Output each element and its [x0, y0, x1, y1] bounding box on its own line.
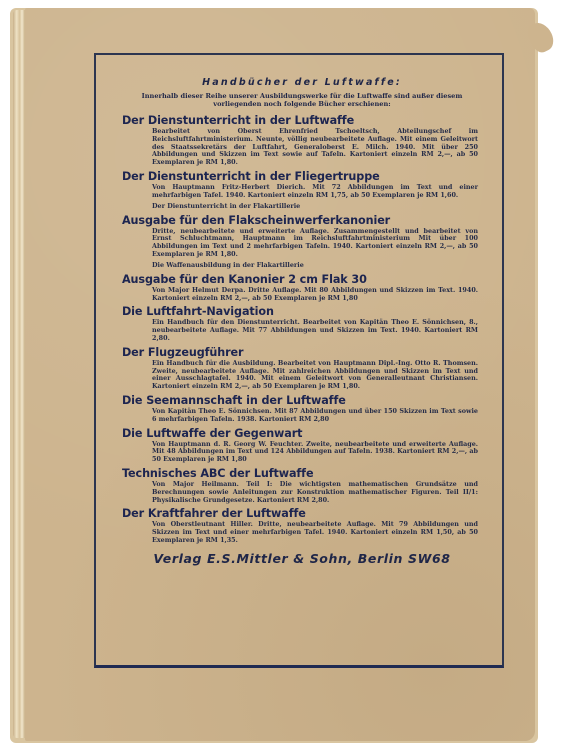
book-description: Von Major Heilmann. Teil I: Die wichtigs…: [122, 481, 482, 504]
book-title: Der Dienstunterricht in der Luftwaffe: [122, 114, 482, 128]
book-description: Von Kapitän Theo E. Sönnichsen. Mit 87 A…: [122, 408, 482, 424]
book-title: Der Kraftfahrer der Luftwaffe: [122, 507, 482, 521]
section-subtitle: Der Dienstunterricht in der Flakartiller…: [122, 202, 482, 211]
series-title: Handbücher der Luftwaffe:: [122, 77, 482, 88]
book-title: Technisches ABC der Luftwaffe: [122, 467, 482, 481]
book-list: Der Dienstunterricht in der LuftwaffeBea…: [122, 114, 482, 545]
book-title: Die Seemannschaft in der Luftwaffe: [122, 394, 482, 408]
section-subtitle: Die Waffenausbildung in der Flakartiller…: [122, 261, 482, 270]
advertisement-frame: Handbücher der Luftwaffe: Innerhalb dies…: [94, 53, 504, 668]
book-entry: Die Luftwaffe der GegenwartVon Hauptmann…: [122, 427, 482, 464]
book-entry: Der Kraftfahrer der LuftwaffeVon Oberstl…: [122, 507, 482, 544]
book-title: Die Luftwaffe der Gegenwart: [122, 427, 482, 441]
book-entry: Der FlugzeugführerEin Handbuch für die A…: [122, 346, 482, 391]
book-title: Die Luftfahrt-Navigation: [122, 305, 482, 319]
book-description: Ein Handbuch für die Ausbildung. Bearbei…: [122, 360, 482, 391]
book-description: Von Hauptmann d. R. Georg W. Feuchter. Z…: [122, 441, 482, 464]
book-description: Von Hauptmann Fritz-Herbert Dierich. Mit…: [122, 184, 482, 200]
book-entry: Die Seemannschaft in der LuftwaffeVon Ka…: [122, 394, 482, 424]
book-title: Der Flugzeugführer: [122, 346, 482, 360]
book-entry: Ausgabe für den Kanonier 2 cm Flak 30Von…: [122, 273, 482, 303]
book-title: Ausgabe für den Flakscheinwerferkanonier: [122, 214, 482, 228]
book-entry: Ausgabe für den Flakscheinwerferkanonier…: [122, 214, 482, 270]
book-description: Von Major Helmut Derpa. Dritte Auflage. …: [122, 287, 482, 303]
book-title: Der Dienstunterricht in der Fliegertrupp…: [122, 170, 482, 184]
book-description: Dritte, neubearbeitete und erweiterte Au…: [122, 228, 482, 259]
advertisement-content: Handbücher der Luftwaffe: Innerhalb dies…: [96, 55, 502, 665]
page-edges: [13, 10, 25, 738]
book-title: Ausgabe für den Kanonier 2 cm Flak 30: [122, 273, 482, 287]
book-entry: Der Dienstunterricht in der LuftwaffeBea…: [122, 114, 482, 167]
book-description: Bearbeitet von Oberst Ehrenfried Tschoel…: [122, 128, 482, 167]
publisher-imprint: Verlag E.S.Mittler & Sohn, Berlin SW68: [122, 551, 482, 566]
book-entry: Die Luftfahrt-NavigationEin Handbuch für…: [122, 305, 482, 342]
book-entry: Der Dienstunterricht in der Fliegertrupp…: [122, 170, 482, 211]
book-entry: Technisches ABC der LuftwaffeVon Major H…: [122, 467, 482, 504]
book-description: Ein Handbuch für den Dienstunterricht. B…: [122, 319, 482, 342]
book-description: Von Oberstleutnant Hiller. Dritte, neube…: [122, 521, 482, 544]
intro-text: Innerhalb dieser Reihe unserer Ausbildun…: [122, 92, 482, 108]
